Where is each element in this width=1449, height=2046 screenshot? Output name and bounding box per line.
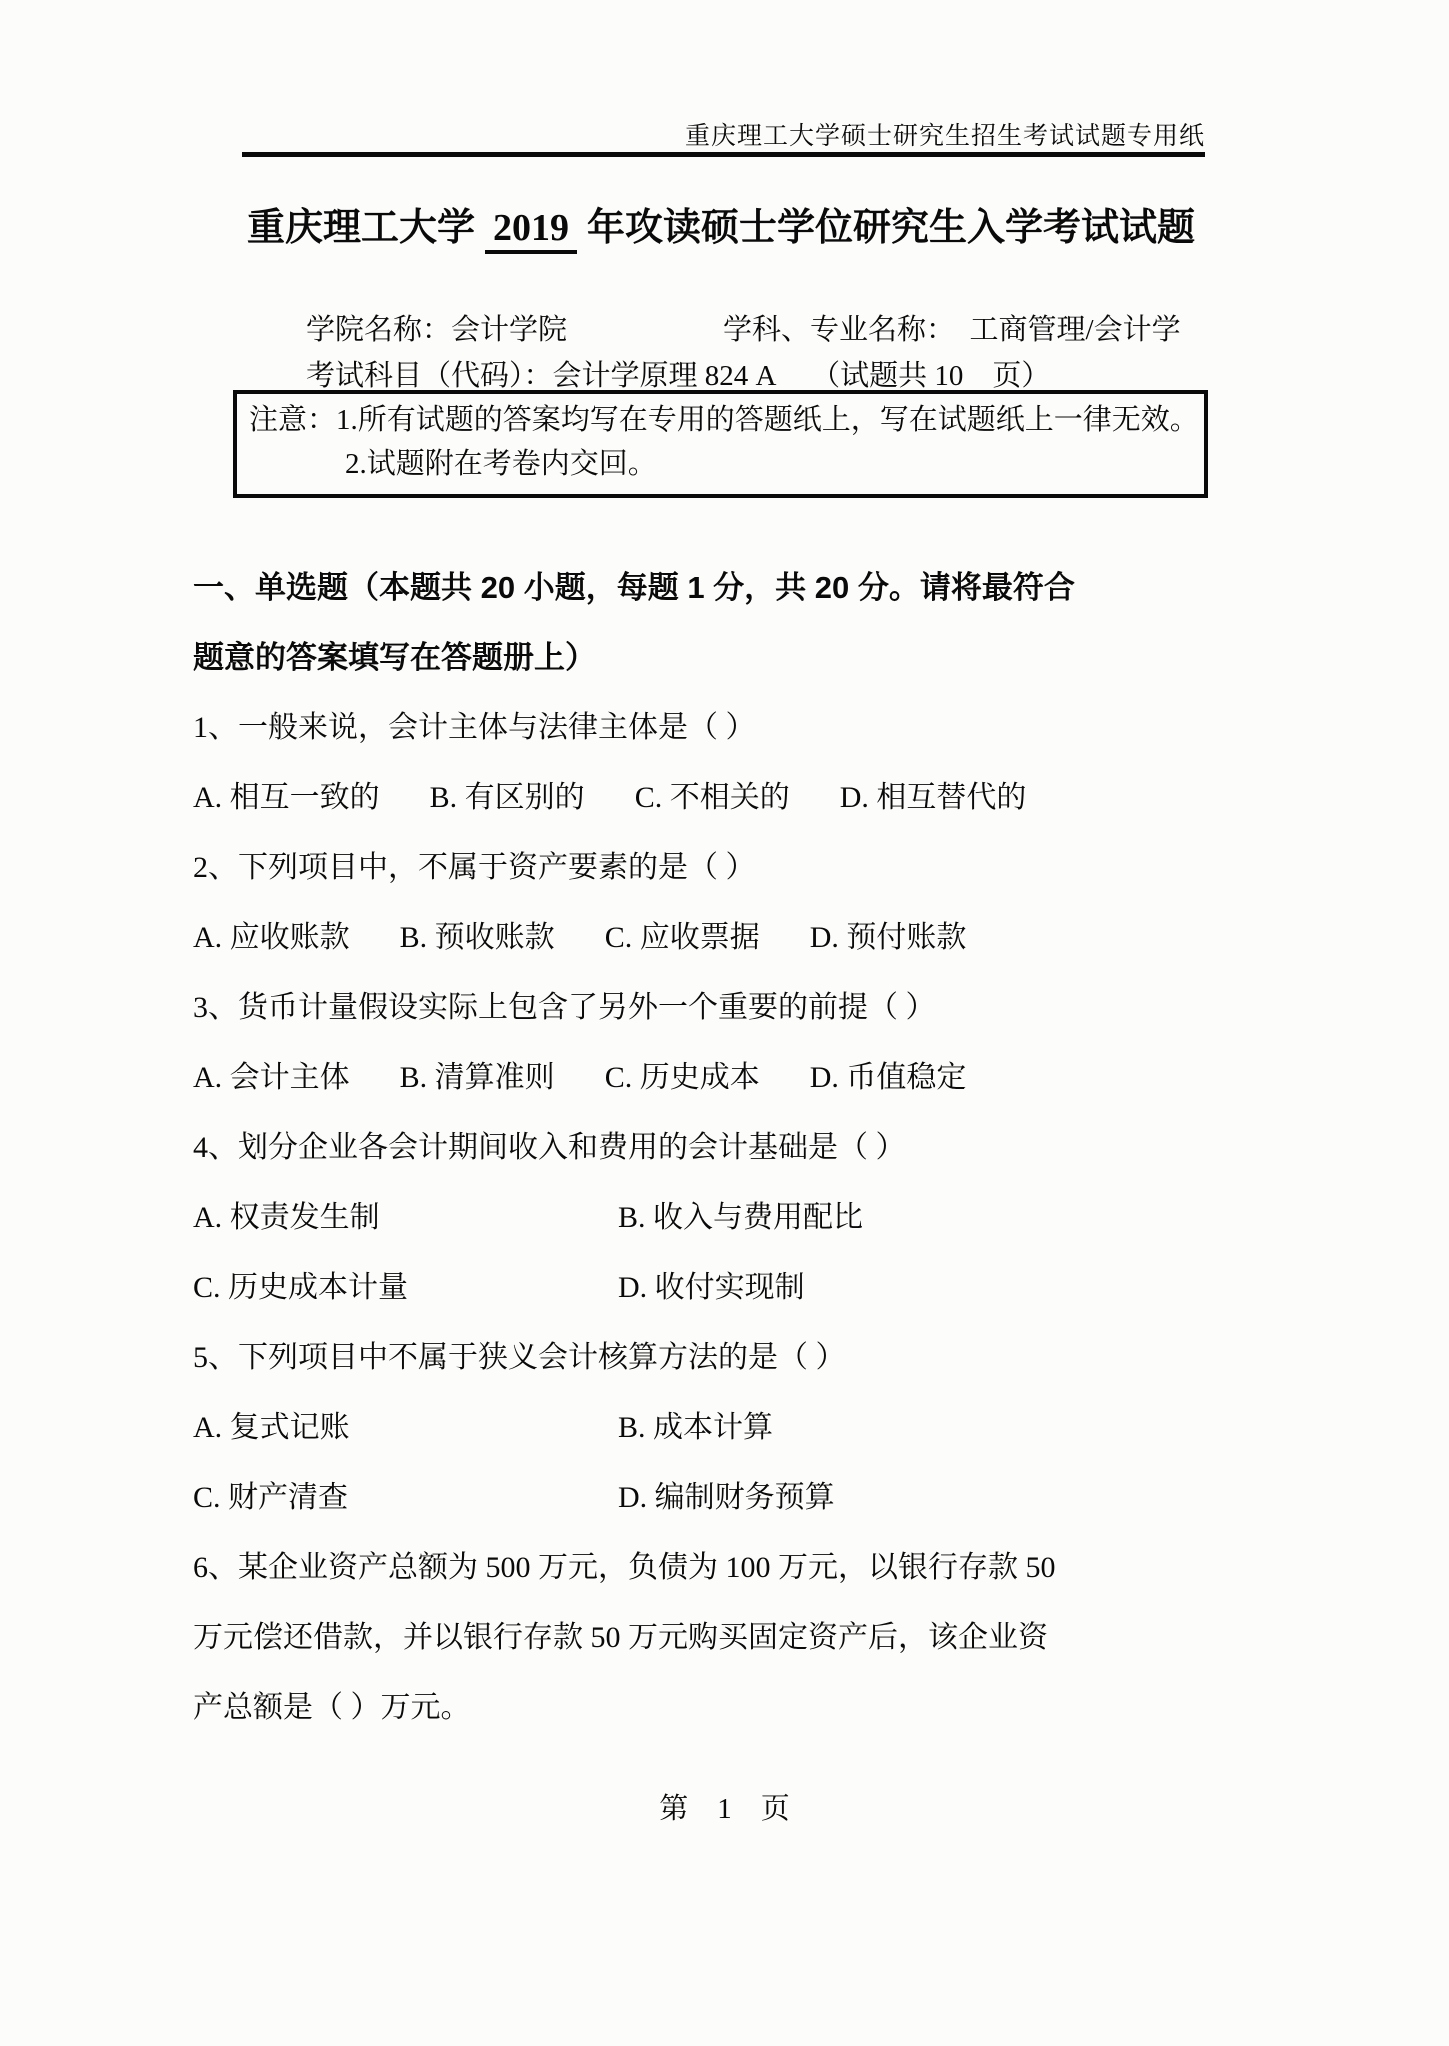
question-4-options-row-1: A. 权责发生制 B. 收入与费用配比 (193, 1183, 1223, 1253)
question-6-stem-line-1: 6、某企业资产总额为 500 万元，负债为 100 万元，以银行存款 50 (193, 1533, 1223, 1603)
exam-subject: 考试科目（代码）：会计学原理 824 A （试题共 10 页） (306, 353, 1050, 394)
question-1-option-b: B. 有区别的 (430, 763, 585, 833)
question-2-option-b: B. 预收账款 (400, 903, 555, 973)
question-2-option-d: D. 预付账款 (810, 903, 967, 973)
notice-line-1: 注意：1.所有试题的答案均写在专用的答题纸上，写在试题纸上一律无效。 (249, 399, 1196, 441)
question-2-option-a: A. 应收账款 (193, 903, 350, 973)
notice-line-2: 2.试题附在考卷内交回。 (345, 443, 1196, 485)
question-2-option-c: C. 应收票据 (605, 903, 760, 973)
question-1-options: A. 相互一致的 B. 有区别的 C. 不相关的 D. 相互替代的 (193, 763, 1223, 833)
question-3-option-a: A. 会计主体 (193, 1043, 350, 1113)
question-4-option-c: C. 历史成本计量 (193, 1253, 618, 1323)
question-2-options: A. 应收账款 B. 预收账款 C. 应收票据 D. 预付账款 (193, 903, 1223, 973)
question-5-option-c: C. 财产清查 (193, 1463, 618, 1533)
question-4-option-a: A. 权责发生制 (193, 1183, 618, 1253)
exam-paper-page: 重庆理工大学硕士研究生招生考试试题专用纸 重庆理工大学2019年攻读硕士学位研究… (0, 0, 1449, 2046)
question-5-option-d: D. 编制财务预算 (618, 1463, 835, 1533)
question-2-stem: 2、下列项目中，不属于资产要素的是（ ） (193, 833, 1223, 903)
question-5-stem: 5、下列项目中不属于狭义会计核算方法的是（ ） (193, 1323, 1223, 1393)
question-1-stem: 1、一般来说，会计主体与法律主体是（ ） (193, 693, 1223, 763)
question-4-option-d: D. 收付实现制 (618, 1253, 805, 1323)
section-heading-line-1: 一、单选题（本题共 20 小题，每题 1 分，共 20 分。请将最符合 (193, 553, 1223, 623)
question-5-option-b: B. 成本计算 (618, 1393, 773, 1463)
question-4-stem: 4、划分企业各会计期间收入和费用的会计基础是（ ） (193, 1113, 1223, 1183)
question-3-stem: 3、货币计量假设实际上包含了另外一个重要的前提（ ） (193, 973, 1223, 1043)
question-1-option-d: D. 相互替代的 (840, 763, 1027, 833)
question-4-option-b: B. 收入与费用配比 (618, 1183, 863, 1253)
question-5-options-row-2: C. 财产清查 D. 编制财务预算 (193, 1463, 1223, 1533)
question-4-options-row-2: C. 历史成本计量 D. 收付实现制 (193, 1253, 1223, 1323)
header-divider-rule (242, 152, 1205, 157)
exam-title: 重庆理工大学2019年攻读硕士学位研究生入学考试试题 (226, 196, 1216, 254)
page-number-footer: 第 1 页 (0, 1786, 1449, 1827)
header-note: 重庆理工大学硕士研究生招生考试试题专用纸 (685, 116, 1205, 152)
major-name: 学科、专业名称： 工商管理/会计学 (723, 314, 1181, 346)
question-body: 一、单选题（本题共 20 小题，每题 1 分，共 20 分。请将最符合 题意的答… (193, 553, 1223, 1743)
exam-title-suffix: 年攻读硕士学位研究生入学考试试题 (587, 207, 1195, 249)
question-3-options: A. 会计主体 B. 清算准则 C. 历史成本 D. 币值稳定 (193, 1043, 1223, 1113)
info-line-college-major: 学院名称：会计学院学科、专业名称： 工商管理/会计学 (306, 307, 1181, 348)
question-1-option-a: A. 相互一致的 (193, 763, 380, 833)
question-3-option-d: D. 币值稳定 (810, 1043, 967, 1113)
college-name: 学院名称：会计学院 (306, 314, 567, 346)
question-6-stem-line-3: 产总额是（ ）万元。 (193, 1673, 1223, 1743)
question-5-options-row-1: A. 复式记账 B. 成本计算 (193, 1393, 1223, 1463)
exam-title-prefix: 重庆理工大学 (247, 207, 475, 249)
question-3-option-c: C. 历史成本 (605, 1043, 760, 1113)
question-3-option-b: B. 清算准则 (400, 1043, 555, 1113)
question-6-stem-line-2: 万元偿还借款，并以银行存款 50 万元购买固定资产后，该企业资 (193, 1603, 1223, 1673)
question-5-option-a: A. 复式记账 (193, 1393, 618, 1463)
notice-box: 注意：1.所有试题的答案均写在专用的答题纸上，写在试题纸上一律无效。 2.试题附… (233, 390, 1208, 498)
question-1-option-c: C. 不相关的 (635, 763, 790, 833)
section-heading-line-2: 题意的答案填写在答题册上） (193, 623, 1223, 693)
exam-title-year-underlined: 2019 (485, 206, 577, 254)
